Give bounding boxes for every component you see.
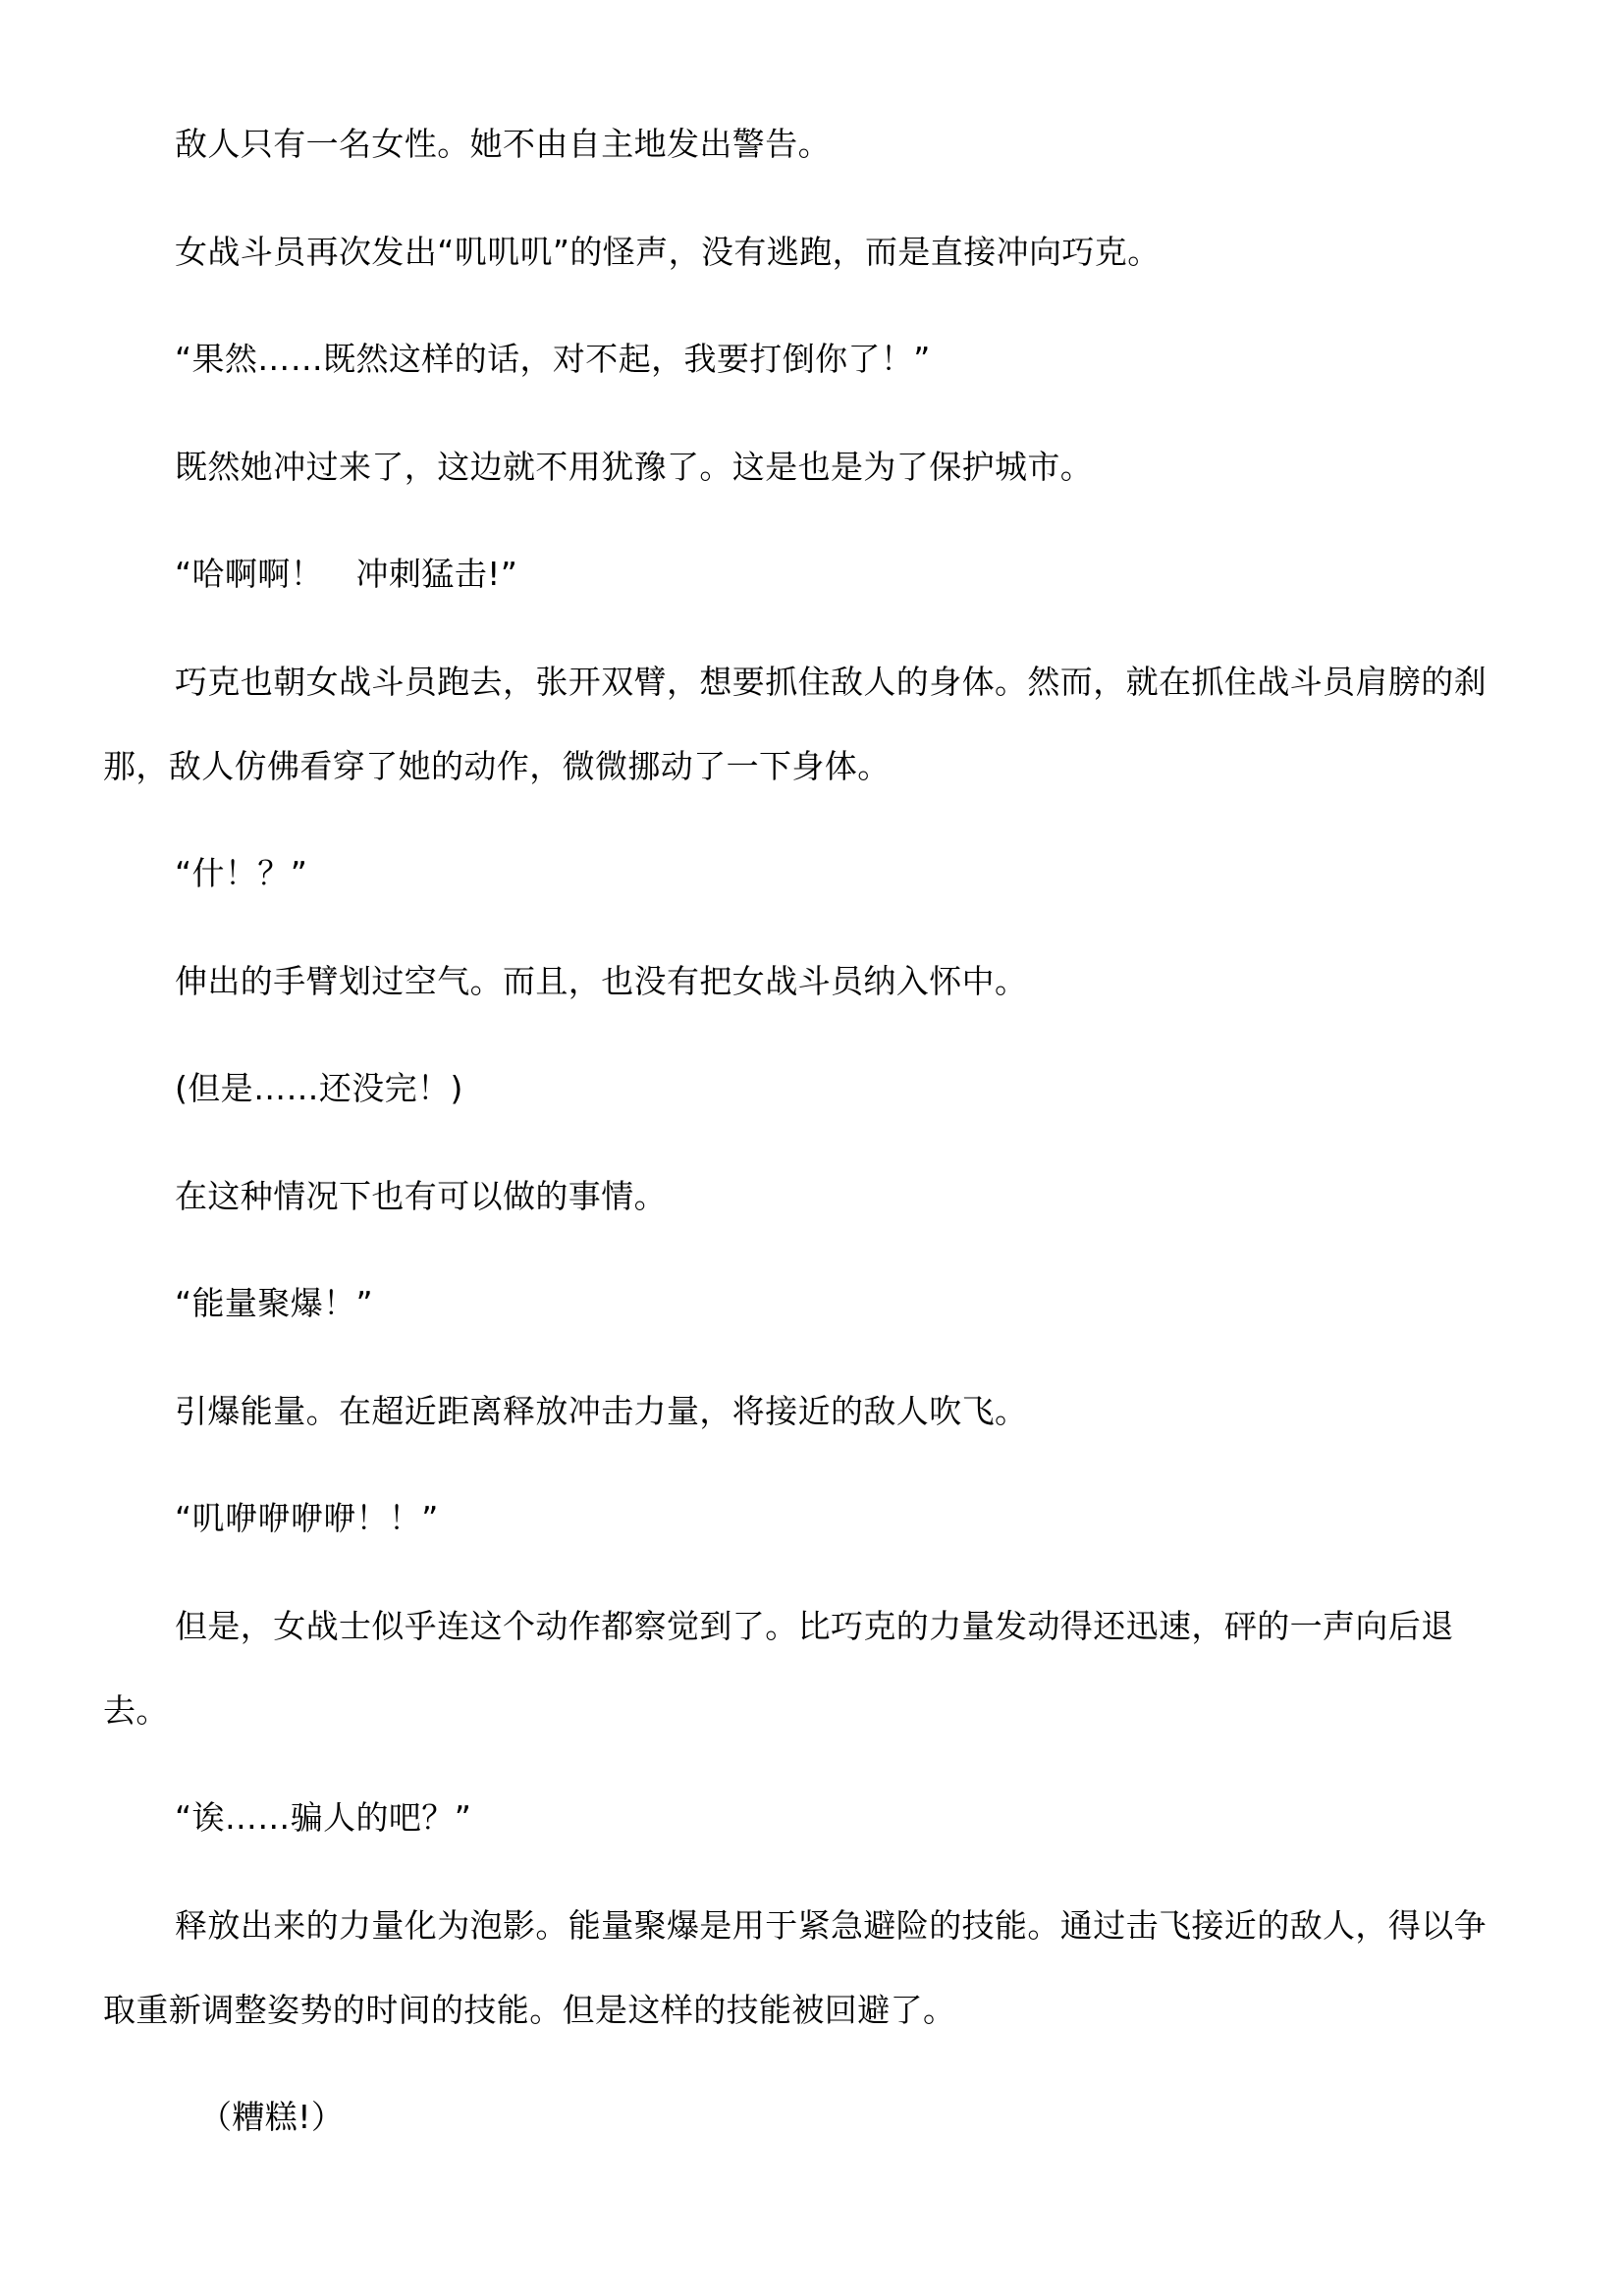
paragraph: “能量聚爆！” bbox=[103, 1261, 1507, 1346]
paragraph: 敌人只有一名女性。她不由自主地发出警告。 bbox=[103, 102, 1507, 187]
paragraph: “诶……骗人的吧？” bbox=[103, 1776, 1507, 1860]
document-page: 敌人只有一名女性。她不由自主地发出警告。 女战斗员再次发出“叽叽叽”的怪声，没有… bbox=[103, 102, 1507, 2183]
paragraph: 但是，女战士似乎连这个动作都察觉到了。比巧克的力量发动得还迅速，砰的一声向后退去… bbox=[103, 1584, 1507, 1753]
paragraph: “哈啊啊！ 冲刺猛击!” bbox=[103, 532, 1507, 616]
paragraph: “叽咿咿咿咿！！” bbox=[103, 1476, 1507, 1561]
paragraph: （糟糕!） bbox=[103, 2075, 1507, 2160]
paragraph: 在这种情况下也有可以做的事情。 bbox=[103, 1154, 1507, 1239]
paragraph: “果然……既然这样的话，对不起，我要打倒你了！” bbox=[103, 317, 1507, 401]
paragraph: (但是……还没完！) bbox=[103, 1046, 1507, 1131]
paragraph: 巧克也朝女战斗员跑去，张开双臂，想要抓住敌人的身体。然而，就在抓住战斗员肩膀的刹… bbox=[103, 640, 1507, 809]
paragraph: 释放出来的力量化为泡影。能量聚爆是用于紧急避险的技能。通过击飞接近的敌人，得以争… bbox=[103, 1884, 1507, 2053]
paragraph: 女战斗员再次发出“叽叽叽”的怪声，没有逃跑，而是直接冲向巧克。 bbox=[103, 210, 1507, 294]
paragraph: 伸出的手臂划过空气。而且，也没有把女战斗员纳入怀中。 bbox=[103, 939, 1507, 1024]
paragraph: 引爆能量。在超近距离释放冲击力量，将接近的敌人吹飞。 bbox=[103, 1369, 1507, 1454]
paragraph: 既然她冲过来了，这边就不用犹豫了。这是也是为了保护城市。 bbox=[103, 425, 1507, 509]
paragraph: “什！？” bbox=[103, 831, 1507, 916]
